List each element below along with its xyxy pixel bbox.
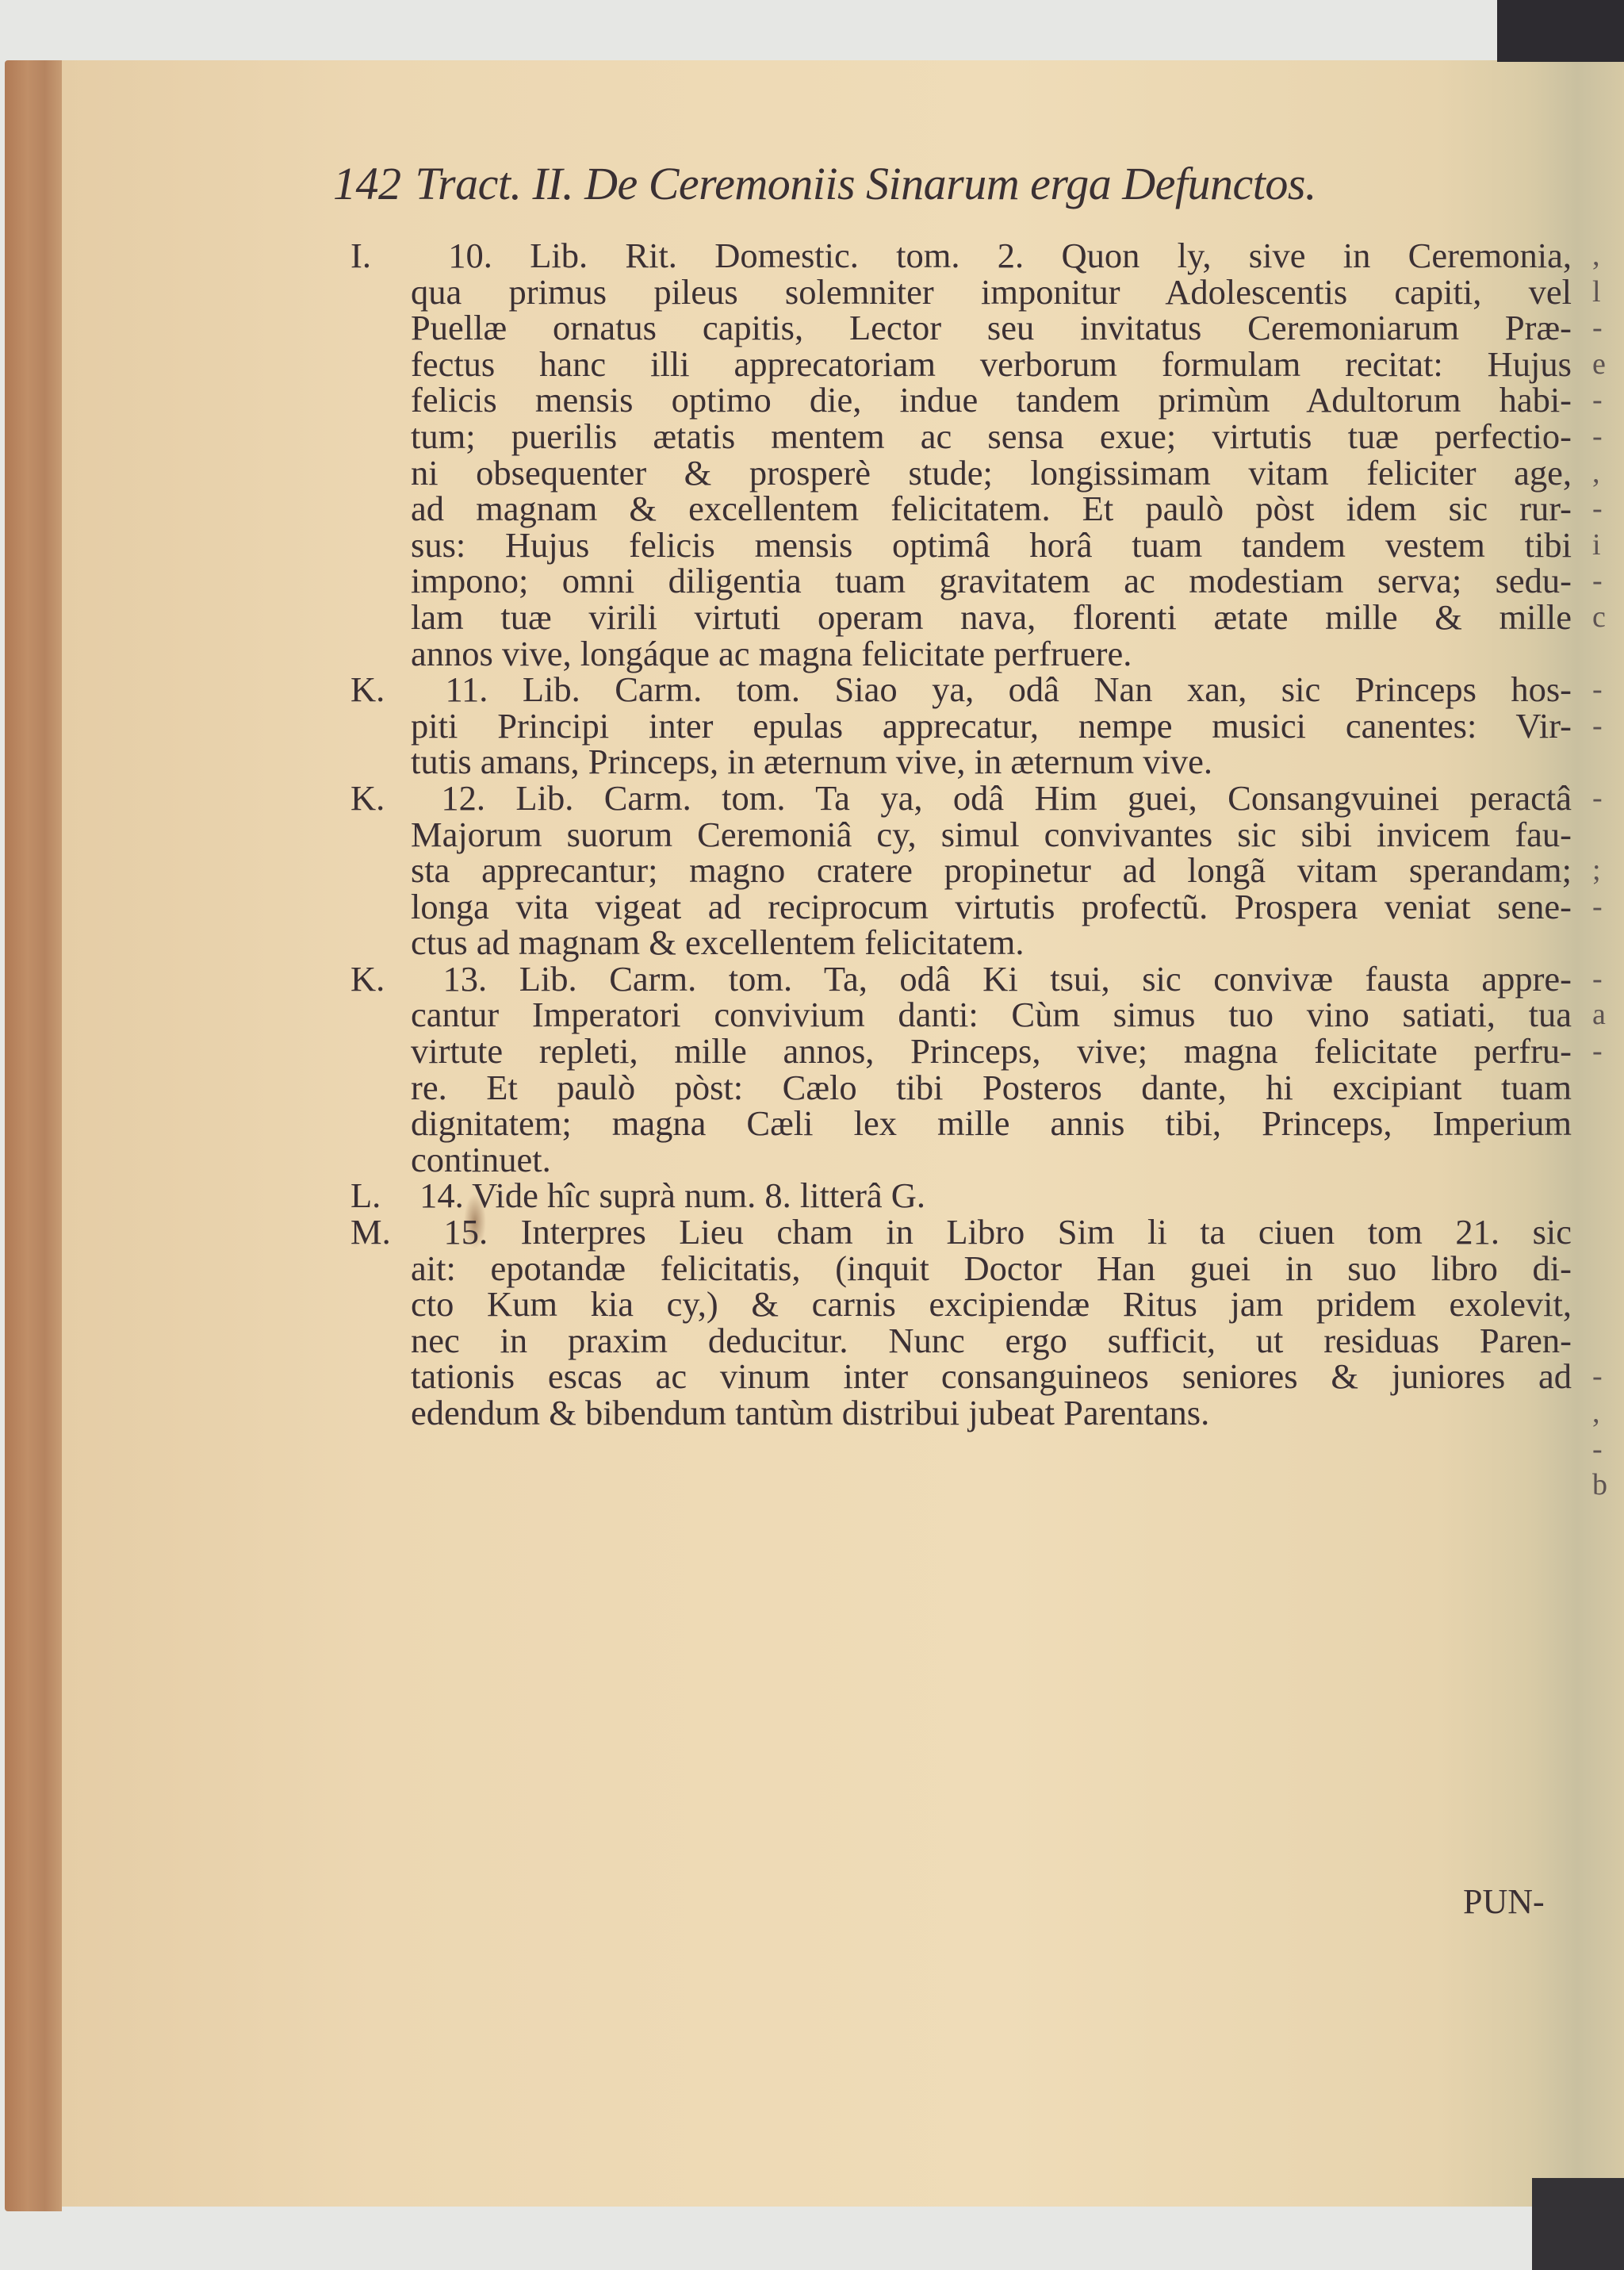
book-fore-edge <box>5 60 62 2211</box>
text-line: K. 11. Lib. Carm. tom. Siao ya, odâ Nan … <box>350 672 1572 708</box>
entry-3: K. 13. Lib. Carm. tom. Ta, odâ Ki tsui, … <box>366 961 1572 1179</box>
running-head: 142Tract. II. De Ceremoniis Sinarum erga… <box>333 157 1618 210</box>
text-line: ni obsequenter & prosperè stude; longiss… <box>366 455 1572 492</box>
text-line: tutis amans, Princeps, in æternum vive, … <box>366 744 1572 780</box>
text-line: qua primus pileus solemniter imponitur A… <box>366 274 1572 311</box>
catchword: PUN- <box>1463 1881 1545 1922</box>
text-line: cantur Imperatori convivium danti: Cùm s… <box>366 997 1572 1033</box>
text-line: Majorum suorum Ceremoniâ cy, simul convi… <box>366 817 1572 853</box>
bleed-fragment <box>1592 1286 1624 1323</box>
text-line: L. 14. Vide hîc suprà num. 8. litterâ G. <box>350 1178 1572 1214</box>
text-line: re. Et paulò pòst: Cælo tibi Posteros da… <box>366 1070 1572 1106</box>
body-text: I. 10. Lib. Rit. Domestic. tom. 2. Quon … <box>366 238 1572 1432</box>
bleed-fragment: - <box>1592 1033 1624 1070</box>
bleed-fragment <box>1592 1251 1624 1287</box>
bleed-fragment: l <box>1592 274 1624 311</box>
bleed-fragment: - <box>1592 1432 1624 1468</box>
text-line: I. 10. Lib. Rit. Domestic. tom. 2. Quon … <box>350 238 1572 274</box>
text-line: sta apprecantur; magno cratere propinetu… <box>366 853 1572 889</box>
bleed-fragment: ; <box>1592 853 1624 889</box>
bleed-fragment: , <box>1592 238 1624 274</box>
text-line: nec in praxim deducitur. Nunc ergo suffi… <box>366 1323 1572 1359</box>
bleed-fragment: b <box>1592 1467 1624 1504</box>
bleed-fragment <box>1592 636 1624 673</box>
text-line: tationis escas ac vinum inter consanguin… <box>366 1359 1572 1395</box>
text-line: fectus hanc illi apprecatoriam verborum … <box>366 347 1572 383</box>
text-line: Puellæ ornatus capitis, Lector seu invit… <box>366 310 1572 347</box>
bleed-fragment: - <box>1592 672 1624 708</box>
entry-0: I. 10. Lib. Rit. Domestic. tom. 2. Quon … <box>366 238 1572 672</box>
bleed-fragment: - <box>1592 780 1624 817</box>
bleed-fragment: c <box>1592 600 1624 636</box>
bleed-fragment: - <box>1592 419 1624 455</box>
entry-2: K. 12. Lib. Carm. tom. Ta ya, odâ Him gu… <box>366 780 1572 961</box>
text-line: tum; puerilis ætatis mentem ac sensa exu… <box>366 419 1572 455</box>
facing-page-bleed: ,l-e--,-i-c---;--a--,-b <box>1592 238 1624 1504</box>
text-line: impono; omni diligentia tuam gravitatem … <box>366 563 1572 600</box>
bleed-fragment <box>1592 1142 1624 1179</box>
entry-1: K. 11. Lib. Carm. tom. Siao ya, odâ Nan … <box>366 672 1572 780</box>
bleed-fragment: - <box>1592 310 1624 347</box>
text-line: continuet. <box>366 1142 1572 1179</box>
bleed-fragment <box>1592 817 1624 853</box>
text-line: K. 13. Lib. Carm. tom. Ta, odâ Ki tsui, … <box>350 961 1572 998</box>
text-line: M. 15. Interpres Lieu cham in Libro Sim … <box>350 1214 1572 1251</box>
bleed-fragment: - <box>1592 961 1624 998</box>
entry-letter: L. <box>350 1178 411 1214</box>
bleed-fragment: a <box>1592 997 1624 1033</box>
bleed-fragment: i <box>1592 527 1624 564</box>
bleed-fragment: e <box>1592 347 1624 383</box>
bleed-fragment <box>1592 925 1624 961</box>
bleed-fragment: , <box>1592 455 1624 492</box>
bleed-fragment: - <box>1592 563 1624 600</box>
entry-letter: K. <box>350 672 411 708</box>
bleed-fragment <box>1592 1178 1624 1214</box>
text-line: cto Kum kia cy,) & carnis excipiendæ Rit… <box>366 1286 1572 1323</box>
text-line: ctus ad magnam & excellentem felicitatem… <box>366 925 1572 961</box>
bleed-fragment: - <box>1592 382 1624 419</box>
text-line: longa vita vigeat ad reciprocum virtutis… <box>366 889 1572 926</box>
text-line: annos vive, longáque ac magna felicitate… <box>366 636 1572 673</box>
running-head-title: Tract. II. De Ceremoniis Sinarum erga De… <box>416 158 1316 209</box>
background-dark-block-top <box>1497 0 1624 62</box>
bleed-fragment <box>1592 744 1624 780</box>
text-line: virtute repleti, mille annos, Princeps, … <box>366 1033 1572 1070</box>
bleed-fragment: - <box>1592 491 1624 527</box>
entry-4: L. 14. Vide hîc suprà num. 8. litterâ G. <box>366 1178 1572 1214</box>
text-line: sus: Hujus felicis mensis optimâ horâ tu… <box>366 527 1572 564</box>
bleed-fragment <box>1592 1106 1624 1142</box>
entry-letter: K. <box>350 780 411 817</box>
bleed-fragment: - <box>1592 1359 1624 1395</box>
entry-5: M. 15. Interpres Lieu cham in Libro Sim … <box>366 1214 1572 1432</box>
entry-letter: I. <box>350 238 411 274</box>
entry-letter: M. <box>350 1214 411 1251</box>
background-dark-block-bottom <box>1532 2178 1624 2270</box>
page-number: 142 <box>333 158 401 209</box>
text-line: K. 12. Lib. Carm. tom. Ta ya, odâ Him gu… <box>350 780 1572 817</box>
bleed-fragment: , <box>1592 1395 1624 1432</box>
bleed-fragment <box>1592 1323 1624 1359</box>
bleed-fragment <box>1592 1214 1624 1251</box>
text-line: dignitatem; magna Cæli lex mille annis t… <box>366 1106 1572 1142</box>
entry-letter: K. <box>350 961 411 998</box>
text-line: felicis mensis optimo die, indue tandem … <box>366 382 1572 419</box>
text-line: ad magnam & excellentem felicitatem. Et … <box>366 491 1572 527</box>
bleed-fragment: - <box>1592 889 1624 926</box>
bleed-fragment <box>1592 1070 1624 1106</box>
text-line: edendum & bibendum tantùm distribui jube… <box>366 1395 1572 1432</box>
bleed-fragment: - <box>1592 708 1624 745</box>
text-line: ait: epotandæ felicitatis, (inquit Docto… <box>366 1251 1572 1287</box>
text-line: piti Principi inter epulas apprecatur, n… <box>366 708 1572 745</box>
text-line: lam tuæ virili virtuti operam nava, flor… <box>366 600 1572 636</box>
